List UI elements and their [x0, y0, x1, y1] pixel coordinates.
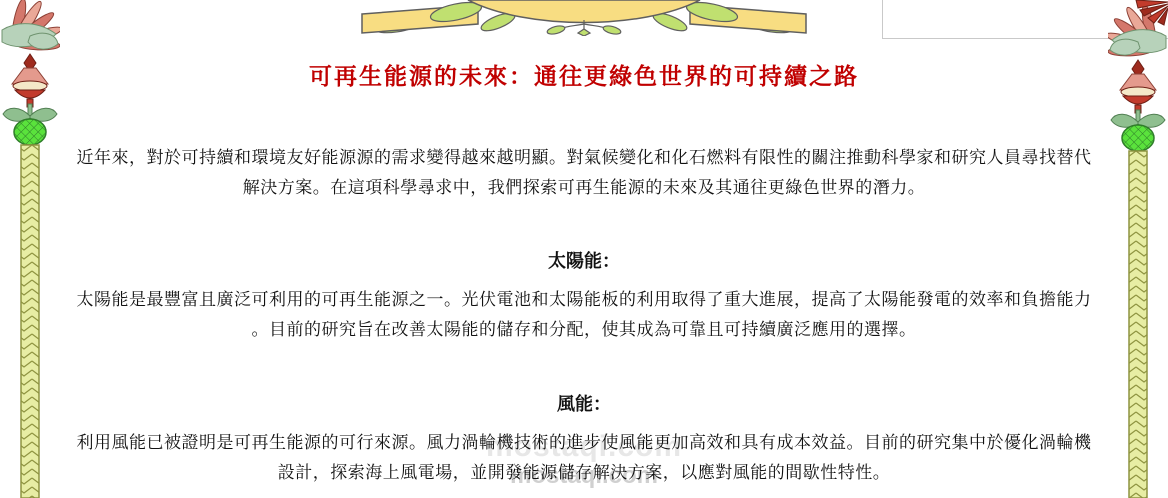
intro-paragraph: 近年來，對於可持續和環境友好能源源的需求變得越來越明顯。對氣候變化和化石燃料有限…	[50, 143, 1118, 203]
intro-line-2: 解決方案。在這項科學尋求中，我們探索可再生能源的未來及其通往更綠色世界的潛力。	[50, 173, 1118, 203]
solar-line-1: 太陽能是最豐富且廣泛可利用的可再生能源之一。光伏電池和太陽能板的利用取得了重大進…	[50, 285, 1118, 315]
page-title: 可再生能源的未來：通往更綠色世界的可持續之路	[50, 58, 1118, 91]
wind-line-1: 利用風能已被證明是可再生能源的可行來源。風力渦輪機技術的進步使風能更加高效和具有…	[50, 428, 1118, 458]
document-page: mostaqi.com mostaqi.com 可再生能源的未來：通往更綠色世界…	[0, 0, 1168, 498]
section-heading-solar: 太陽能：	[50, 247, 1118, 273]
wind-line-2: 設計，探索海上風電場，並開發能源儲存解決方案，以應對風能的間歇性特性。	[50, 458, 1118, 488]
section-heading-wind: 風能：	[50, 390, 1118, 416]
intro-line-1: 近年來，對於可持續和環境友好能源源的需求變得越來越明顯。對氣候變化和化石燃料有限…	[50, 143, 1118, 173]
wind-paragraph: 利用風能已被證明是可再生能源的可行來源。風力渦輪機技術的進步使風能更加高效和具有…	[50, 428, 1118, 488]
solar-line-2: 。目前的研究旨在改善太陽能的儲存和分配，使其成為可靠且可持續廣泛應用的選擇。	[50, 315, 1118, 345]
red-fan-corner-ornament-icon	[1128, 0, 1168, 28]
ribbon-banner-ornament-icon	[356, 0, 812, 36]
solar-paragraph: 太陽能是最豐富且廣泛可利用的可再生能源之一。光伏電池和太陽能板的利用取得了重大進…	[50, 285, 1118, 345]
